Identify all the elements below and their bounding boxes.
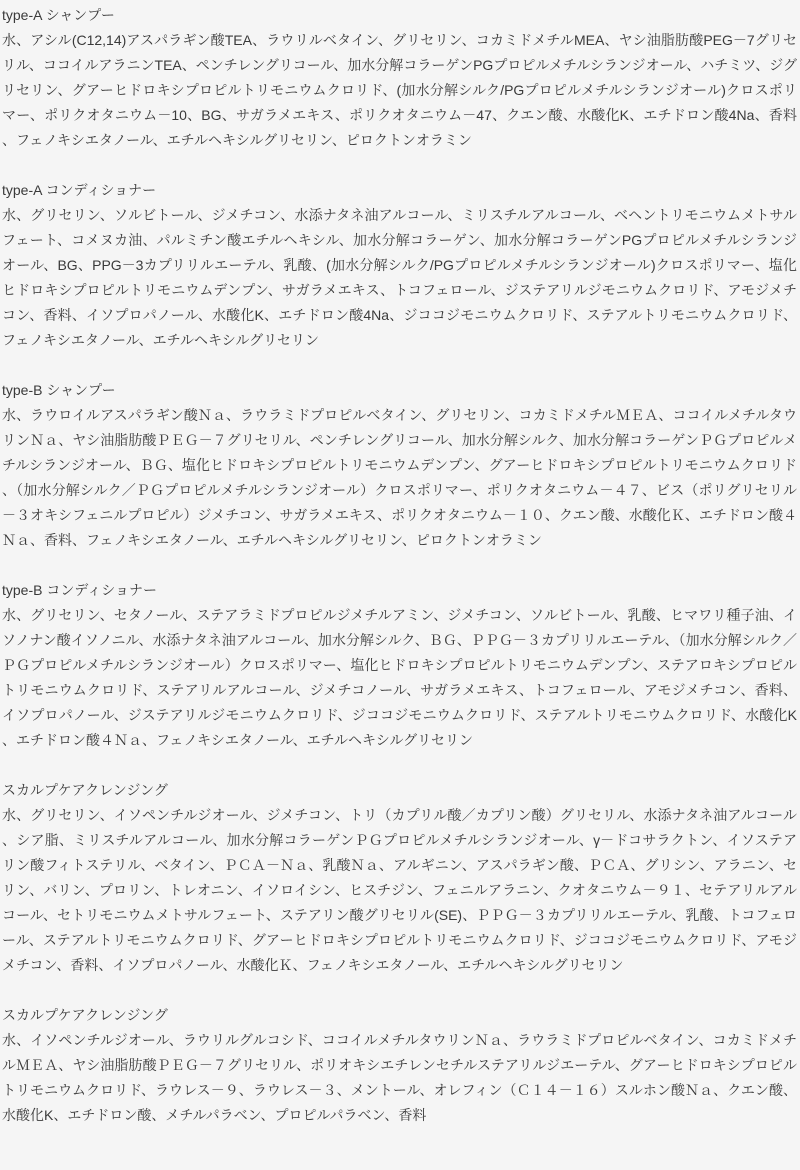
product-title: type-A シャンプー [2,3,797,28]
section-type-a-shampoo: type-A シャンプー 水、アシル(C12,14)アスパラギン酸TEA、ラウリ… [2,3,797,153]
ingredients-text: 水、アシル(C12,14)アスパラギン酸TEA、ラウリルベタイン、グリセリン、コ… [2,28,797,153]
section-type-a-conditioner: type-A コンディショナー 水、グリセリン、ソルビトール、ジメチコン、水添ナ… [2,178,797,353]
section-scalp-care-cleansing-1: スカルプケアクレンジング 水、グリセリン、イソペンチルジオール、ジメチコン、トリ… [2,778,797,978]
ingredients-document: type-A シャンプー 水、アシル(C12,14)アスパラギン酸TEA、ラウリ… [0,0,800,1128]
ingredients-text: 水、イソペンチルジオール、ラウリルグルコシド、ココイルメチルタウリンＮａ、ラウラ… [2,1028,797,1128]
product-title: スカルプケアクレンジング [2,1003,797,1028]
ingredients-text: 水、グリセリン、ソルビトール、ジメチコン、水添ナタネ油アルコール、ミリスチルアル… [2,203,797,353]
ingredients-text: 水、グリセリン、イソペンチルジオール、ジメチコン、トリ（カプリル酸／カプリン酸）… [2,803,797,978]
product-title: type-B シャンプー [2,378,797,403]
product-title: type-A コンディショナー [2,178,797,203]
product-title: type-B コンディショナー [2,578,797,603]
product-title: スカルプケアクレンジング [2,778,797,803]
section-scalp-care-cleansing-2: スカルプケアクレンジング 水、イソペンチルジオール、ラウリルグルコシド、ココイル… [2,1003,797,1128]
ingredients-text: 水、ラウロイルアスパラギン酸Ｎａ、ラウラミドプロピルベタイン、グリセリン、コカミ… [2,403,797,553]
section-type-b-shampoo: type-B シャンプー 水、ラウロイルアスパラギン酸Ｎａ、ラウラミドプロピルベ… [2,378,797,553]
section-type-b-conditioner: type-B コンディショナー 水、グリセリン、セタノール、ステアラミドプロピル… [2,578,797,753]
ingredients-text: 水、グリセリン、セタノール、ステアラミドプロピルジメチルアミン、ジメチコン、ソル… [2,603,797,753]
